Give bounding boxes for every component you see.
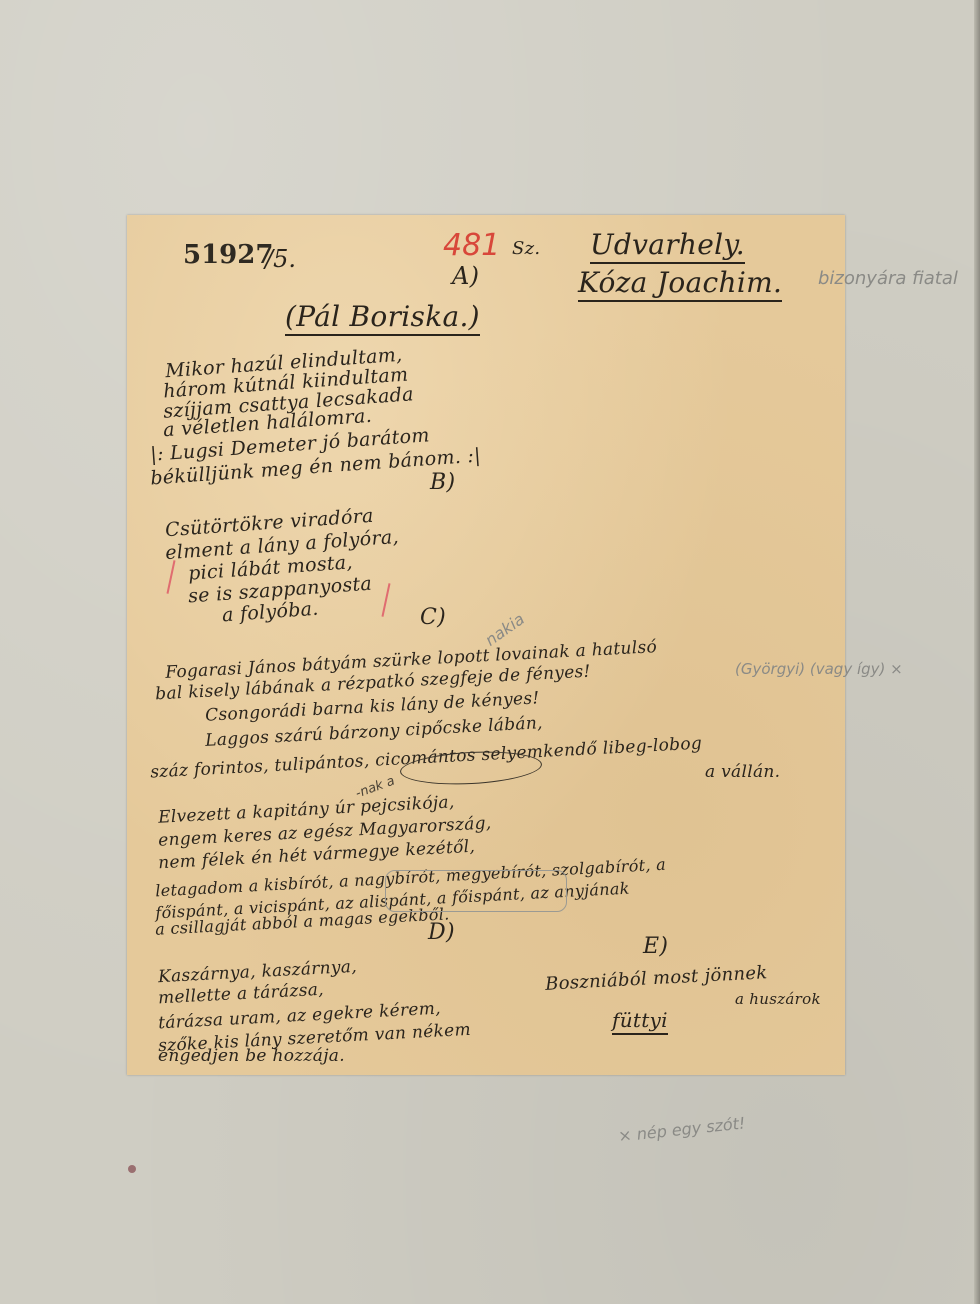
- section-b-label: B): [430, 470, 455, 495]
- song-title: (Pál Boriska.): [285, 300, 480, 336]
- ink-spot: [128, 1165, 136, 1173]
- section-c-label: C): [420, 605, 446, 630]
- margin-pencil-note: (Györgyi) (vagy így) ×: [735, 660, 903, 678]
- footer-pencil-note: × nép egy szót!: [617, 1113, 746, 1145]
- verse-line: engedjen be hozzája.: [158, 1046, 345, 1066]
- sz-mark: Sz.: [512, 238, 540, 259]
- margin-pencil-note: bizonyára fiatal: [818, 268, 958, 289]
- underlined-word: füttyi: [612, 1008, 668, 1035]
- pencil-bracket: [385, 870, 567, 912]
- manuscript-sheet: [127, 215, 845, 1075]
- verse-line: a vállán.: [705, 762, 780, 782]
- section-e-label: E): [643, 934, 668, 959]
- place-name: Udvarhely.: [590, 228, 745, 264]
- verse-line: a huszárok: [735, 990, 821, 1008]
- collector-name: Kóza Joachim.: [578, 266, 782, 302]
- catalog-suffix: /5.: [265, 245, 296, 273]
- catalog-number: 51927: [183, 240, 273, 270]
- section-a-label: A): [452, 262, 479, 290]
- red-inventory-number: 481: [443, 228, 500, 263]
- section-d-label: D): [428, 920, 455, 945]
- mount-edge: [974, 0, 980, 1304]
